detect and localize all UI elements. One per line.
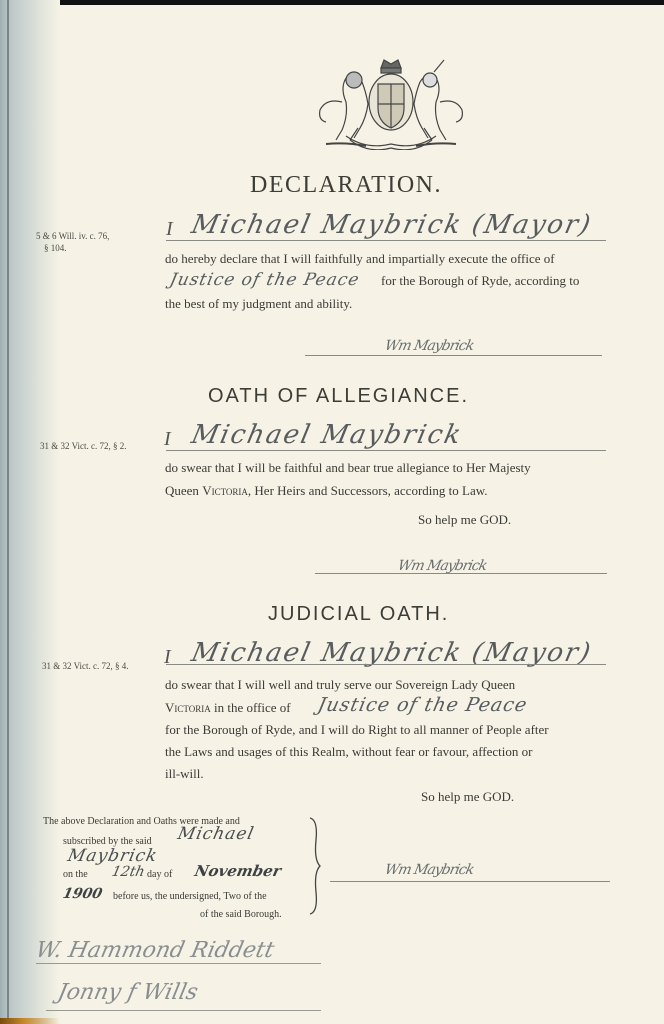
certification-signature: Wm Maybrick [383, 862, 475, 878]
signature-rule [305, 355, 602, 356]
brace-icon [308, 816, 322, 916]
allegiance-citation: 31 & 32 Vict. c. 72, § 2. [40, 440, 127, 452]
text: in the office of [211, 700, 291, 715]
judicial-line-3: for the Borough of Ryde, and I will do R… [165, 722, 549, 738]
judicial-line-4: the Laws and usages of this Realm, witho… [165, 744, 532, 760]
witness-signature-2: Jonny f Wills [55, 980, 200, 1005]
handwritten-office: Justice of the Peace [168, 270, 362, 290]
handwritten-name-1: Michael [176, 824, 256, 844]
name-rule [166, 240, 606, 241]
judicial-heading: JUDICIAL OATH. [268, 603, 449, 626]
queen-name: Victoria [165, 700, 211, 715]
name-rule [166, 664, 606, 665]
name-rule [166, 450, 606, 451]
judicial-line-5: ill-will. [165, 766, 204, 782]
judicial-line-1: do swear that I will well and truly serv… [165, 677, 515, 693]
text: , Her Heirs and Successors, according to… [248, 483, 488, 498]
text: Queen [165, 483, 202, 498]
document-page: DECLARATION. 5 & 6 Will. iv. c. 76, § 10… [0, 0, 664, 1024]
citation-line: 5 & 6 Will. iv. c. 76, [36, 230, 109, 242]
declaration-line-3: the best of my judgment and ability. [165, 296, 352, 312]
pronoun-i: I [164, 646, 171, 669]
declaration-line-1: do hereby declare that I will faithfully… [165, 251, 555, 267]
judicial-line-2: Victoria in the office of [165, 700, 291, 716]
witness-signature-1: W. Hammond Riddett [33, 938, 276, 963]
allegiance-heading: OATH OF ALLEGIANCE. [208, 385, 469, 408]
royal-coat-of-arms-icon [306, 58, 476, 150]
allegiance-closing: So help me GOD. [418, 512, 511, 528]
handwritten-month: November [193, 862, 283, 880]
certification-line-5: before us, the undersigned, Two of the [113, 891, 267, 902]
judicial-closing: So help me GOD. [421, 789, 514, 805]
certification-line-6: of the said Borough. [200, 909, 282, 920]
witness-rule [46, 1010, 321, 1011]
handwritten-name: Michael Maybrick [189, 420, 466, 450]
handwritten-name: Michael Maybrick (Mayor) [189, 210, 595, 240]
declaration-line-2: for the Borough of Ryde, according to [381, 273, 579, 289]
pronoun-i: I [164, 428, 171, 451]
pronoun-i: I [166, 218, 173, 241]
on-the-label: on the [63, 869, 88, 880]
declaration-citation: 5 & 6 Will. iv. c. 76, § 104. [36, 230, 109, 254]
handwritten-year: 1900 [61, 886, 103, 902]
signature-rule [330, 881, 610, 882]
allegiance-line-1: do swear that I will be faithful and bea… [165, 460, 531, 476]
handwritten-office: Justice of the Peace [316, 694, 530, 716]
witness-rule [36, 963, 321, 964]
declaration-signature: Wm Maybrick [383, 338, 475, 354]
signature-rule [315, 573, 607, 574]
queen-name: Victoria [202, 483, 248, 498]
handwritten-day: 12th [110, 864, 146, 880]
day-of-label: day of [147, 869, 172, 880]
allegiance-signature: Wm Maybrick [396, 558, 488, 574]
allegiance-line-2: Queen Victoria, Her Heirs and Successors… [165, 483, 488, 499]
declaration-heading: DECLARATION. [250, 172, 442, 199]
citation-line: § 104. [36, 242, 109, 254]
handwritten-name-2: Maybrick [66, 846, 160, 866]
judicial-citation: 31 & 32 Vict. c. 72, § 4. [42, 660, 129, 672]
